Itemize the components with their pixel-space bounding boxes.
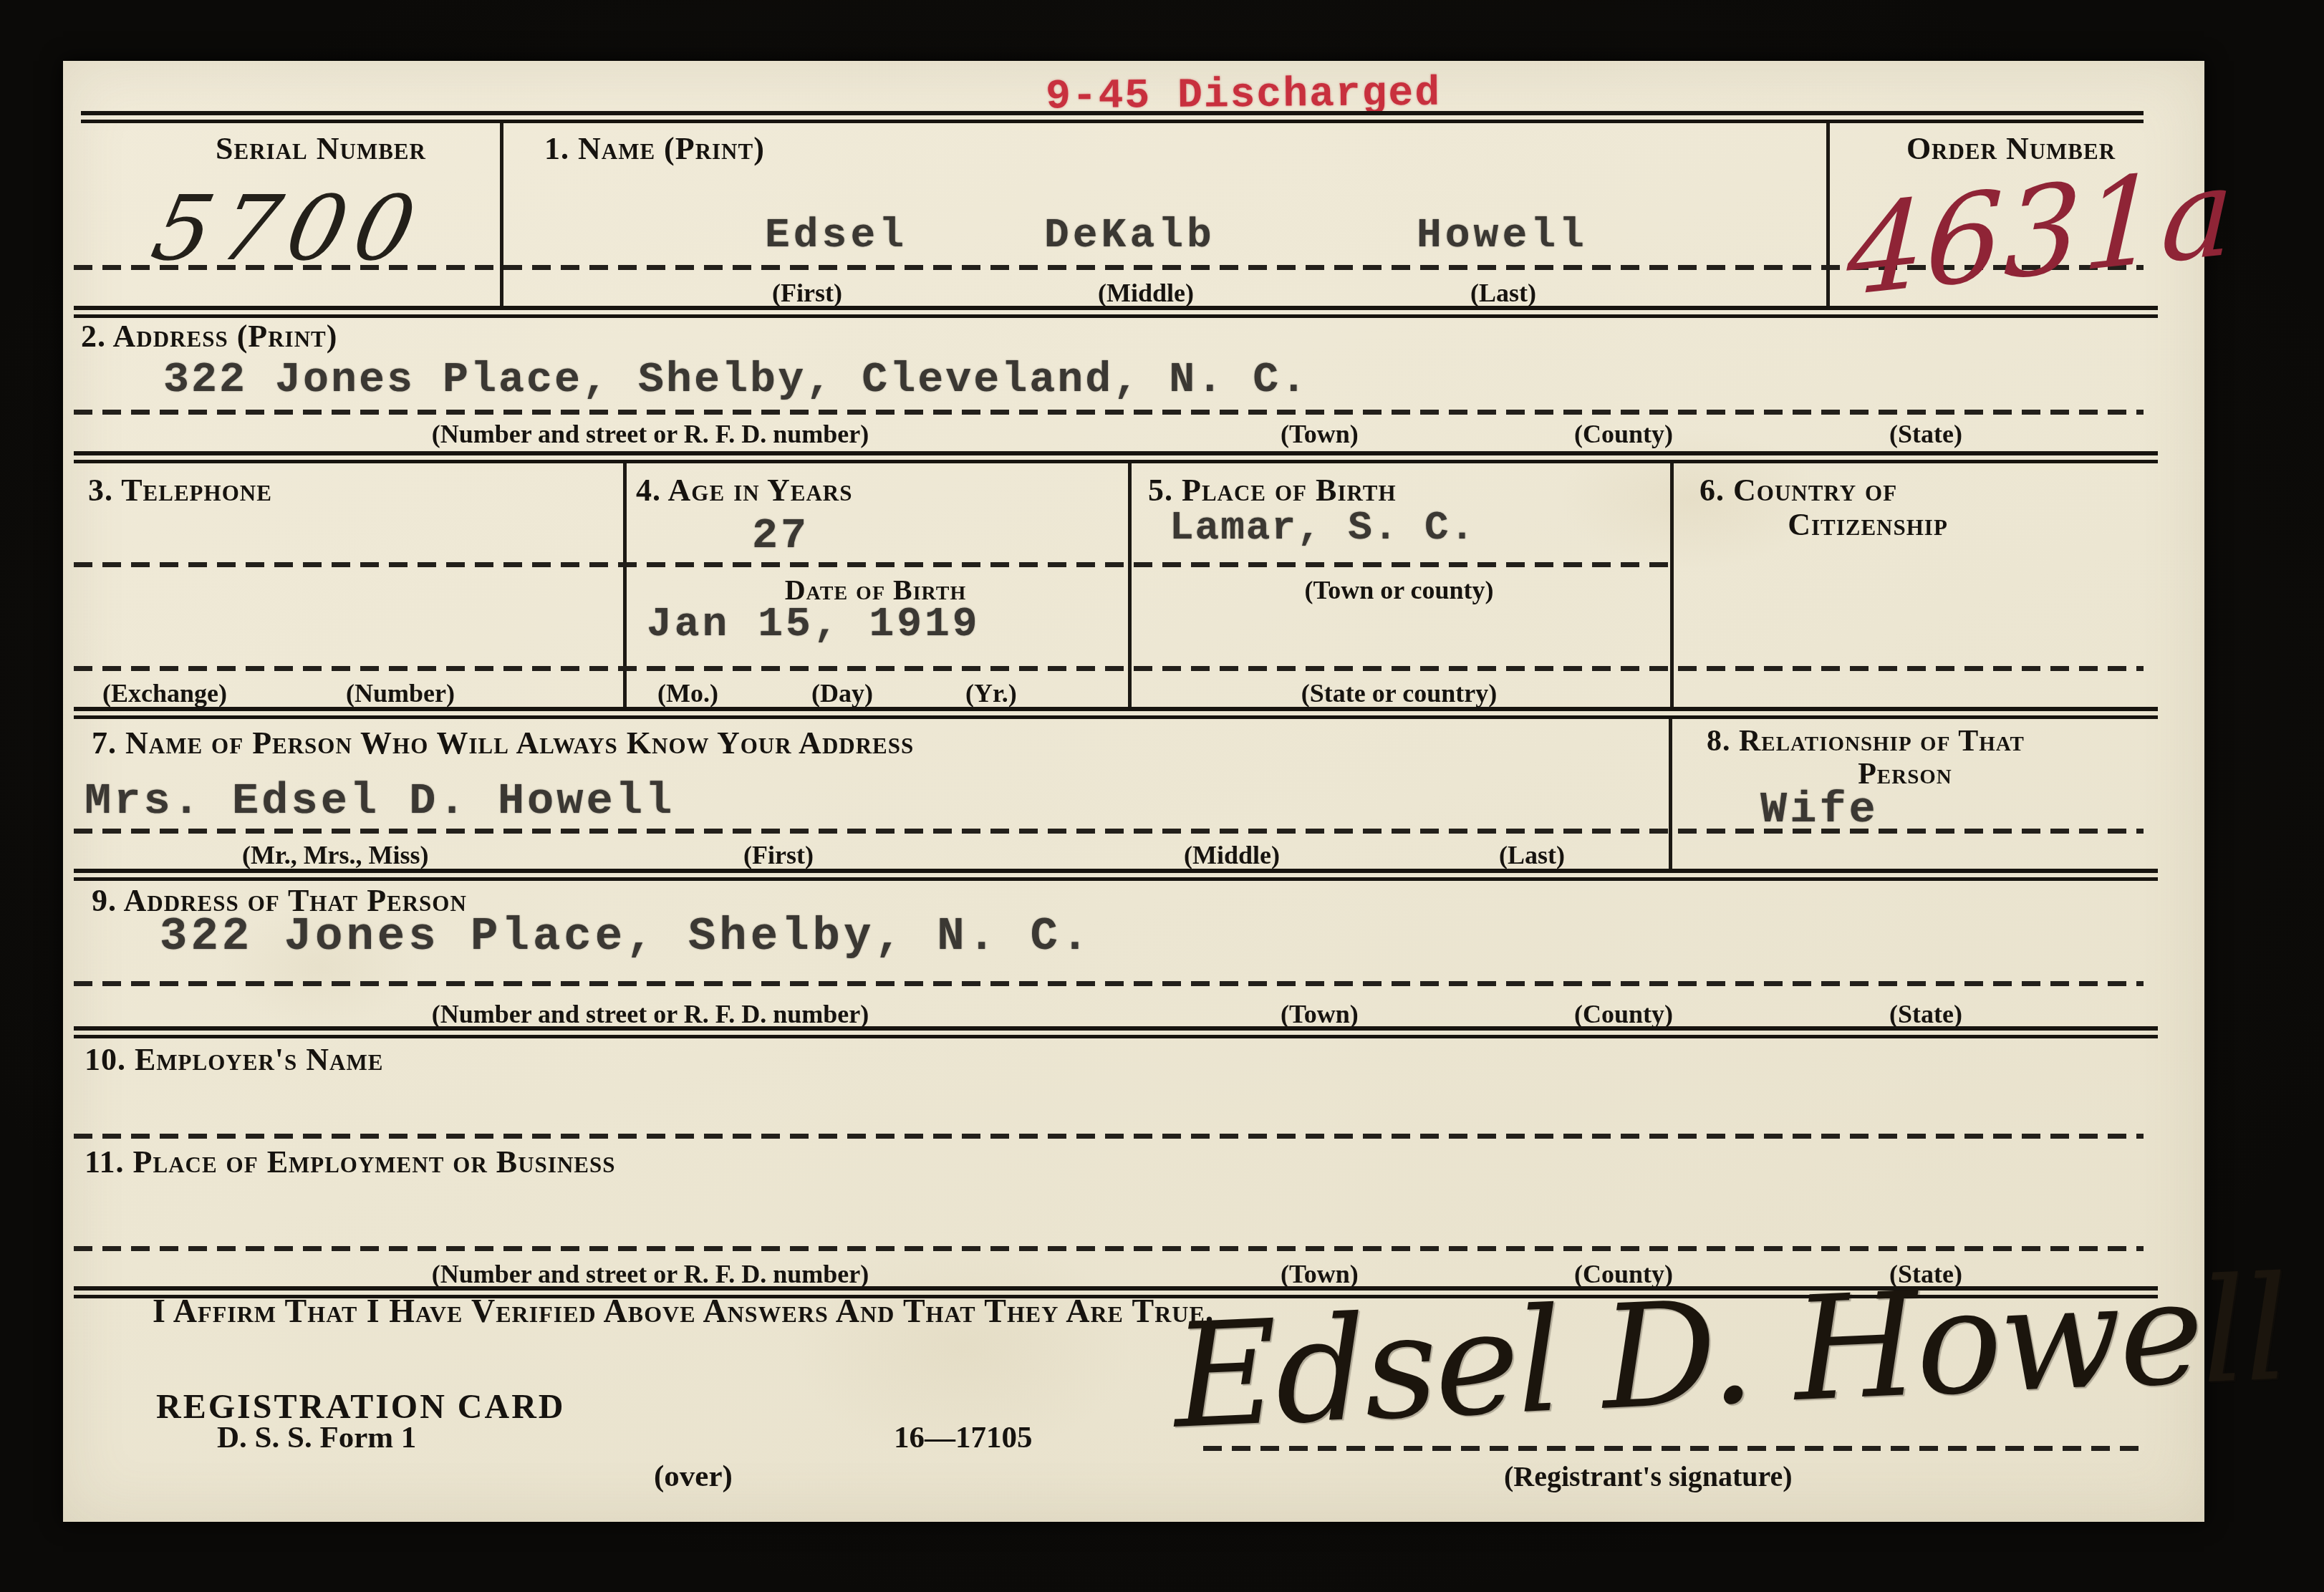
address-state-caption: (State) [1889,419,1962,449]
scanned-photo-background: { "colors":{ "paper":"#ece6d2","ink":"#1… [0,0,2324,1592]
telephone-exchange-caption: (Exchange) [102,678,227,708]
dob-year-caption: (Yr.) [965,678,1017,708]
affirmation-text: I Affirm That I Have Verified Above Answ… [153,1294,1214,1328]
dob-day-caption: (Day) [811,678,873,708]
name-middle-caption: (Middle) [1098,278,1194,308]
print-code: 16—17105 [894,1420,1033,1455]
telephone-label: 3. Telephone [88,474,272,507]
employment-street-caption: (Number and street or R. F. D. number) [357,1259,944,1289]
registration-card: 9-45 Discharged Serial Number 5700 1. Na… [63,61,2204,1522]
relationship-label-line1: 8. Relationship of That [1707,725,2025,757]
contact-address-town-caption: (Town) [1281,999,1359,1029]
row1-dashed-line [74,265,2144,270]
address-street-caption: (Number and street or R. F. D. number) [357,419,944,449]
age-value: 27 [752,512,809,561]
signature-dashed-line [1203,1446,2140,1451]
date-of-birth-label: Date of Birth [623,575,1128,605]
relationship-label-line2: Person [1669,758,2141,790]
contact-address-value: 322 Jones Place, Shelby, N. C. [160,912,1092,963]
form-number: D. S. S. Form 1 [217,1420,416,1455]
citizenship-label-line2: Citizenship [1717,508,2018,541]
row2-dashed-line [74,410,2144,415]
dob-month-caption: (Mo.) [657,678,718,708]
row1-divider-left [500,123,503,306]
row7-dashed-line [74,829,2144,834]
contact-title-caption: (Mr., Mrs., Miss) [242,840,429,870]
name-first-caption: (First) [772,278,842,308]
top-double-rule [81,111,2144,123]
name-middle-value: DeKalb [1044,213,1215,259]
contact-first-caption: (First) [743,840,814,870]
date-of-birth-value: Jan 15, 1919 [647,602,980,648]
telephone-number-caption: (Number) [346,678,455,708]
row10-dashed-line [74,1134,2144,1139]
serial-number-label: Serial Number [153,132,489,165]
row9-bottom-rule [74,1026,2158,1038]
employment-place-label: 11. Place of Employment or Business [85,1146,615,1179]
row3-dashed-line-1 [74,562,1670,567]
over-note: (over) [654,1459,733,1494]
birthplace-state-caption: (State or country) [1128,678,1670,708]
contact-address-county-caption: (County) [1574,999,1673,1029]
contact-person-label: 7. Name of Person Who Will Always Know Y… [92,727,914,760]
age-label: 4. Age in Years [636,474,852,507]
row7-divider [1669,719,1672,869]
contact-address-state-caption: (State) [1889,999,1962,1029]
contact-address-street-caption: (Number and street or R. F. D. number) [357,999,944,1029]
row9-dashed-line [74,981,2144,986]
row3-dashed-line-2 [74,666,2144,671]
citizenship-label-line1: 6. Country of [1699,474,1897,507]
name-label: 1. Name (Print) [544,132,765,165]
name-last-caption: (Last) [1470,278,1536,308]
row2-bottom-rule [74,451,2158,463]
relationship-value: Wife [1760,784,1879,835]
contact-person-value: Mrs. Edsel D. Howell [85,776,675,826]
contact-last-caption: (Last) [1499,840,1565,870]
employment-town-caption: (Town) [1281,1259,1359,1289]
row1-bottom-rule [74,306,2158,318]
row1-divider-right [1826,123,1830,306]
contact-middle-caption: (Middle) [1184,840,1280,870]
name-last-value: Howell [1417,213,1588,259]
address-value: 322 Jones Place, Shelby, Cleveland, N. C… [163,356,1308,405]
row3-bottom-rule [74,707,2158,719]
order-number-value: 4631a [1845,140,2237,324]
birthplace-value: Lamar, S. C. [1170,505,1475,551]
birthplace-town-caption: (Town or county) [1128,575,1670,605]
address-town-caption: (Town) [1281,419,1359,449]
birthplace-label: 5. Place of Birth [1148,474,1397,507]
signature-caption: (Registrant's signature) [1504,1460,1793,1493]
row7-bottom-rule [74,869,2158,881]
address-county-caption: (County) [1574,419,1673,449]
name-first-value: Edsel [765,213,907,259]
address-label: 2. Address (Print) [81,320,337,353]
employer-label: 10. Employer's Name [85,1043,383,1076]
row11-dashed-line [74,1246,2144,1251]
